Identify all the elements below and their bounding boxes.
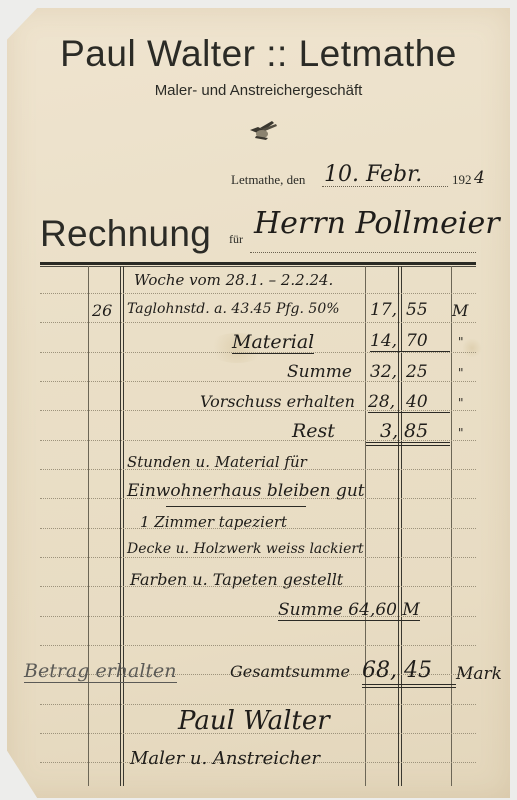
total-amount: 68, 45 [362, 658, 432, 683]
line-item-pf: 85 [404, 420, 428, 442]
rest-double-underline [366, 442, 450, 446]
line-item-unit: M [452, 301, 468, 320]
line-item-pf: 70 [406, 331, 428, 351]
line-item-mark: 32, [370, 362, 397, 382]
note-line: Decke u. Holzwerk weiss lackiert [127, 541, 364, 557]
signature-name: Paul Walter [178, 706, 330, 736]
total-currency: Mark [456, 664, 502, 684]
column-divider [451, 266, 452, 786]
row-line [40, 704, 476, 705]
note-line: Einwohnerhaus bleiben gut [127, 481, 365, 501]
date-place-label: Letmathe, den [231, 172, 305, 188]
header-rule-thin [40, 266, 476, 267]
letterhead-subtitle: Maler- und Anstreichergeschäft [0, 82, 517, 99]
line-item-description: Rest [292, 420, 335, 442]
line-item-description: Material [232, 331, 314, 354]
note-underline [166, 506, 306, 507]
note-subtotal: Summe 64,60 M [278, 600, 420, 621]
line-item-description: Vorschuss erhalten [200, 392, 355, 411]
line-item-qty: 26 [92, 301, 112, 320]
row-line [40, 557, 476, 558]
invoice-heading: Rechnung [40, 213, 211, 255]
letterhead-title: Paul Walter :: Letmathe [0, 33, 517, 75]
pencil-receipt-note: Betrag erhalten [24, 660, 177, 683]
line-item-mark: 17, [370, 300, 397, 320]
total-label: Gesamtsumme [230, 662, 350, 681]
row-line [40, 645, 476, 646]
for-label: für [229, 232, 243, 247]
column-divider-double [120, 266, 124, 786]
row-line [40, 322, 476, 323]
line-item-pf: 40 [406, 392, 428, 412]
column-divider [365, 266, 366, 786]
flying-cherub-icon [246, 118, 282, 142]
row-line [40, 293, 476, 294]
note-line: Stunden u. Material für [127, 453, 307, 471]
line-item-description: Summe [287, 362, 352, 382]
column-divider [88, 266, 89, 786]
line-item-unit: " [458, 366, 464, 380]
line-item-pf: 25 [406, 362, 428, 382]
line-item-unit: " [458, 396, 464, 410]
recipient-handwritten: Herrn Pollmeier [254, 206, 500, 241]
line-item-pf: 55 [406, 300, 428, 320]
signature-title: Maler u. Anstreicher [130, 748, 320, 769]
line-item-description: Woche vom 28.1. – 2.2.24. [134, 271, 333, 289]
line-item-unit: " [458, 335, 464, 349]
line-item-description: Taglohnstd. a. 43.45 Pfg. 50% [127, 301, 340, 317]
total-double-underline [362, 684, 456, 688]
line-item-unit: " [458, 426, 464, 440]
line-item-mark: 3, [380, 420, 398, 442]
date-handwritten: 10. Febr. [324, 162, 422, 187]
recipient-field-line [250, 252, 476, 253]
paper-stain [462, 338, 482, 358]
year-handwritten-digit: 4 [474, 168, 485, 188]
note-line: 1 Zimmer tapeziert [140, 513, 287, 531]
year-printed: 192 [452, 172, 472, 188]
note-line: Farben u. Tapeten gestellt [130, 570, 343, 589]
header-rule [40, 262, 476, 265]
